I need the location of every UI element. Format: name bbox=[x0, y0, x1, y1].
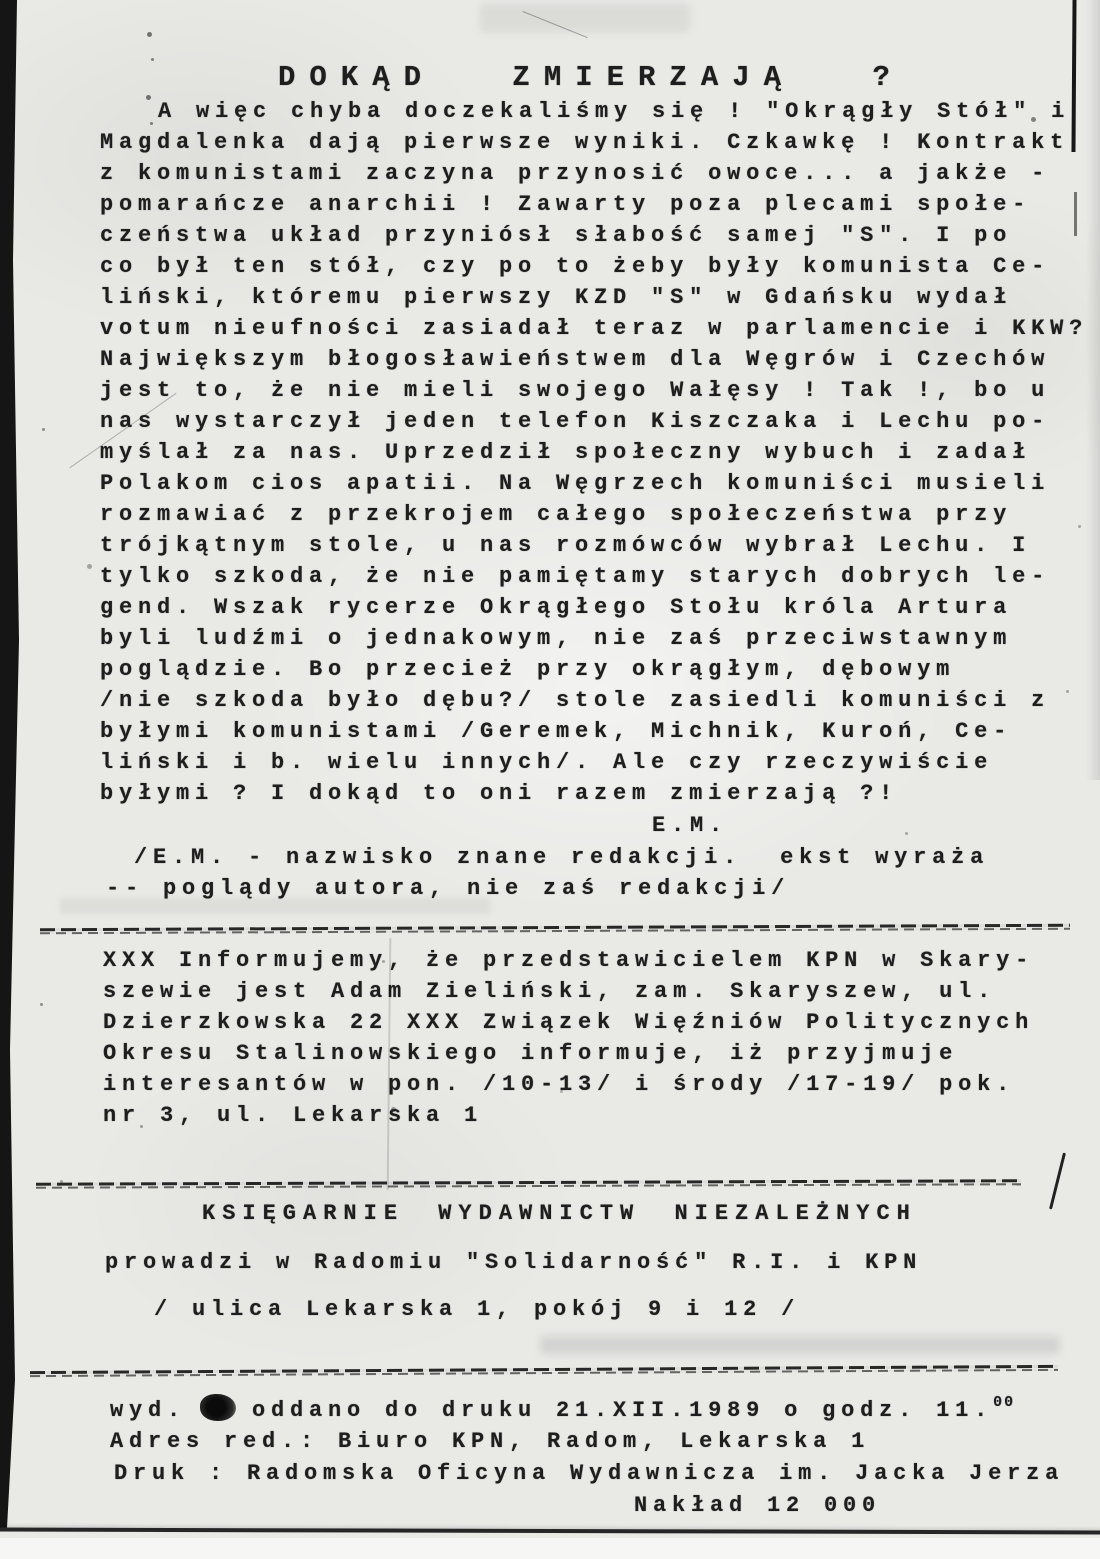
article-line: myślał za nas. Uprzedził społeczny wybuc… bbox=[100, 437, 1100, 468]
article-line: byłymi komunistami /Geremek, Michnik, Ku… bbox=[100, 716, 1100, 747]
disclaimer-line: /E.M. - nazwisko znane redakcji. ekst wy… bbox=[134, 842, 989, 873]
bookstore-line: / ulica Lekarska 1, pokój 9 i 12 / bbox=[154, 1294, 800, 1325]
page-title: DOKĄD ZMIERZAJĄ ? bbox=[278, 61, 904, 94]
notice-line: szewie jest Adam Zieliński, zam. Skarysz… bbox=[103, 976, 1034, 1007]
colophon-edition-line: wyd.oddano do druku 21.XII.1989 o godz. … bbox=[110, 1394, 1015, 1428]
article-line: /nie szkoda było dębu?/ stole zasiedli k… bbox=[100, 685, 1100, 716]
article-line: czeństwa układ przyniósł słabość samej "… bbox=[100, 220, 1100, 251]
paper-bottom-edge bbox=[0, 1528, 1100, 1535]
article-line: Magdalenka dają pierwsze wyniki. Czkawkę… bbox=[100, 127, 1100, 158]
typed-divider-2 bbox=[36, 1179, 1021, 1190]
article-line: liński i b. wielu innych/. Ale czy rzecz… bbox=[100, 747, 1100, 778]
edition-prefix: wyd. bbox=[110, 1398, 186, 1423]
print-date-text: oddano do druku 21.XII.1989 o godz. 11. bbox=[252, 1398, 993, 1423]
article-line: liński, któremu pierwszy KZD "S" w Gdańs… bbox=[100, 282, 1100, 313]
ink-smudge bbox=[60, 898, 490, 914]
article-line: poglądzie. Bo przecież przy okrągłym, dę… bbox=[100, 654, 1100, 685]
bookstore-heading: KSIĘGARNIE WYDAWNICTW NIEZALEŻNYCH bbox=[202, 1198, 917, 1229]
scanned-leaflet-page: DOKĄD ZMIERZAJĄ ? A więc chyba doczekali… bbox=[0, 0, 1100, 1538]
notice-line: nr 3, ul. Lekarska 1 bbox=[103, 1100, 1034, 1131]
colophon-printer-line: Druk : Radomska Oficyna Wydawnicza im. J… bbox=[114, 1458, 1064, 1489]
ink-blot bbox=[200, 1394, 236, 1421]
article-body: A więc chyba doczekaliśmy się ! "Okrągły… bbox=[100, 96, 1100, 809]
notice-line: Dzierzkowska 22 XXX Związek Więźniów Pol… bbox=[103, 1007, 1034, 1038]
stray-pen-mark bbox=[1049, 1152, 1066, 1209]
bookstore-line: prowadzi w Radomiu "Solidarność" R.I. i … bbox=[105, 1247, 922, 1278]
author-initials: E.M. bbox=[652, 810, 728, 841]
article-line: nas wystarczył jeden telefon Kiszczaka i… bbox=[100, 406, 1100, 437]
article-line: Polakom cios apatii. Na Węgrzech komuniś… bbox=[100, 468, 1100, 499]
article-line: co był ten stół, czy po to żeby były kom… bbox=[100, 251, 1100, 282]
print-hour-superscript: 00 bbox=[993, 1394, 1015, 1411]
colophon-address-line: Adres red.: Biuro KPN, Radom, Lekarska 1 bbox=[110, 1426, 870, 1457]
article-line: rozmawiać z przekrojem całego społeczeńs… bbox=[100, 499, 1100, 530]
typed-divider-3 bbox=[30, 1365, 1058, 1379]
article-line: trójkątnym stole, u nas rozmówców wybrał… bbox=[100, 530, 1100, 561]
photocopy-speckles bbox=[0, 0, 3, 3]
typed-divider-1 bbox=[40, 924, 1070, 936]
article-line: z komunistami zaczyna przynosić owoce...… bbox=[100, 158, 1100, 189]
article-line: pomarańcze anarchii ! Zawarty poza pleca… bbox=[100, 189, 1100, 220]
notice-line: XXX Informujemy, że przedstawicielem KPN… bbox=[103, 945, 1034, 976]
article-line: jest to, że nie mieli swojego Wałęsy ! T… bbox=[100, 375, 1100, 406]
notices-block: XXX Informujemy, że przedstawicielem KPN… bbox=[103, 945, 1034, 1131]
article-line: tylko szkoda, że nie pamiętamy starych d… bbox=[100, 561, 1100, 592]
ink-smudge-top bbox=[480, 4, 690, 32]
notice-line: interesantów w pon. /10-13/ i środy /17-… bbox=[103, 1069, 1034, 1100]
article-line: votum nieufności zasiadał teraz w parlam… bbox=[100, 313, 1100, 344]
ink-smudge-2 bbox=[540, 1336, 1060, 1354]
article-line: A więc chyba doczekaliśmy się ! "Okrągły… bbox=[100, 96, 1100, 127]
notice-line: Okresu Stalinowskiego informuje, iż przy… bbox=[103, 1038, 1034, 1069]
article-line: byłymi ? I dokąd to oni razem zmierzają … bbox=[100, 778, 1100, 809]
article-line: gend. Wszak rycerze Okrągłego Stołu król… bbox=[100, 592, 1100, 623]
scan-edge-left bbox=[0, 0, 22, 1530]
colophon-circulation-line: Nakład 12 000 bbox=[634, 1490, 881, 1521]
article-line: byli ludźmi o jednakowym, nie zaś przeci… bbox=[100, 623, 1100, 654]
article-line: Największym błogosławieństwem dla Węgrów… bbox=[100, 344, 1100, 375]
